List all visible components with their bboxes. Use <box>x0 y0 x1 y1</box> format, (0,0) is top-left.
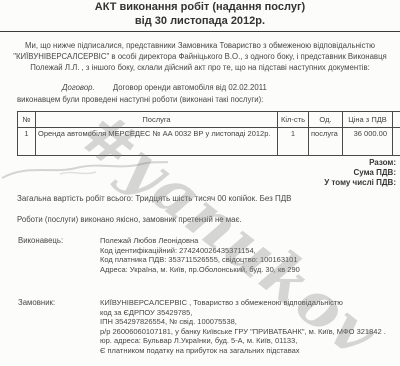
header-qty: Кіл-сть <box>278 112 309 128</box>
performer-vat-code: Код платника ПДВ: 353711526555, свідоцтв… <box>100 255 300 265</box>
document-title: АКТ виконання робіт (надання послуг) <box>0 1 400 13</box>
customer-label: Замовник: <box>18 298 55 307</box>
customer-bank-account: р/р 26006060107181, у банку Київське ГРУ… <box>100 327 386 337</box>
total-suma-pdv-label: Сума ПДВ: <box>324 168 396 178</box>
document-date: від 30 листопада 2012р. <box>0 15 400 27</box>
header-unit: Од. <box>309 112 343 128</box>
customer-details: КИЇВУНІВЕРСАЛСЕРВІС , Товариство з обмеж… <box>100 298 386 356</box>
total-amount-words: Загальна вартість робіт всього: Тридцять… <box>17 194 291 203</box>
performer-details: Полежай Любов Леонідовна Код ідентифікац… <box>100 236 300 274</box>
title-divider <box>0 31 400 32</box>
scanned-act-document: АКТ виконання робіт (надання послуг) від… <box>0 0 400 366</box>
header-price: Ціна з ПДВ <box>343 112 393 128</box>
cell-service: Оренда автомобіля МЕРСЕДЕС № АА 0032 ВР … <box>36 128 278 156</box>
basis-doc-type: Договор. <box>62 83 95 92</box>
cell-qty: 1 <box>278 128 309 156</box>
pencil-scribble <box>0 152 170 186</box>
customer-name: КИЇВУНІВЕРСАЛСЕРВІС , Товариство з обмеж… <box>100 298 386 308</box>
customer-legal-address: юр. адреса: Бульвар Л.Українки, буд. 5-А… <box>100 336 386 346</box>
intro-line: Полежай Л.Л. , з іншого боку, склали дій… <box>0 62 400 73</box>
total-razom-label: Разом: <box>324 158 396 168</box>
total-u-tomu-chysli-label: У тому числі ПДВ: <box>324 178 396 188</box>
basis-doc-detail: Договор оренди автомобіля від 02.02.2011 <box>113 83 267 92</box>
customer-tax-status: Є платником податку на прибуток на загал… <box>100 346 386 356</box>
quality-statement: Роботи (послуги) виконано якісно, замовн… <box>17 215 242 224</box>
works-performed-line: виконавцем були проведені наступні робот… <box>17 95 263 104</box>
cell-sum <box>393 128 400 156</box>
table-row: 1 Оренда автомобіля МЕРСЕДЕС № АА 0032 В… <box>18 128 400 156</box>
performer-id-code: Код ідентифікаційний: 274240026435371154… <box>100 246 300 256</box>
performer-address: Адреса: Україна, м. Київ, пр.Оболонський… <box>100 265 300 275</box>
customer-edrpou: код за ЄДРПОУ 35429785, <box>100 308 386 318</box>
cell-price: 36 000.00 <box>343 128 393 156</box>
intro-line: Ми, що нижче підписалися, представники З… <box>0 40 400 51</box>
header-sum-partial: С <box>393 112 400 128</box>
header-service: Послуга <box>36 112 278 128</box>
basis-line: Договор. Договор оренди автомобіля від 0… <box>62 83 267 92</box>
totals-block: Разом: Сума ПДВ: У тому числі ПДВ: <box>324 158 396 188</box>
cell-unit: послуга <box>309 128 343 156</box>
performer-label: Виконавець: <box>18 236 63 245</box>
services-table: № Послуга Кіл-сть Од. Ціна з ПДВ С 1 Оре… <box>17 111 400 156</box>
intro-line: "КИЇВУНІВЕРСАЛСЕРВІС" в особі директора … <box>0 51 400 62</box>
intro-paragraph: Ми, що нижче підписалися, представники З… <box>0 40 400 73</box>
customer-ipn: ІПН 354297826554, № свід. 100075538, <box>100 317 386 327</box>
performer-name: Полежай Любов Леонідовна <box>100 236 300 246</box>
header-num: № <box>18 112 36 128</box>
cell-num: 1 <box>18 128 36 156</box>
table-header-row: № Послуга Кіл-сть Од. Ціна з ПДВ С <box>18 112 400 128</box>
